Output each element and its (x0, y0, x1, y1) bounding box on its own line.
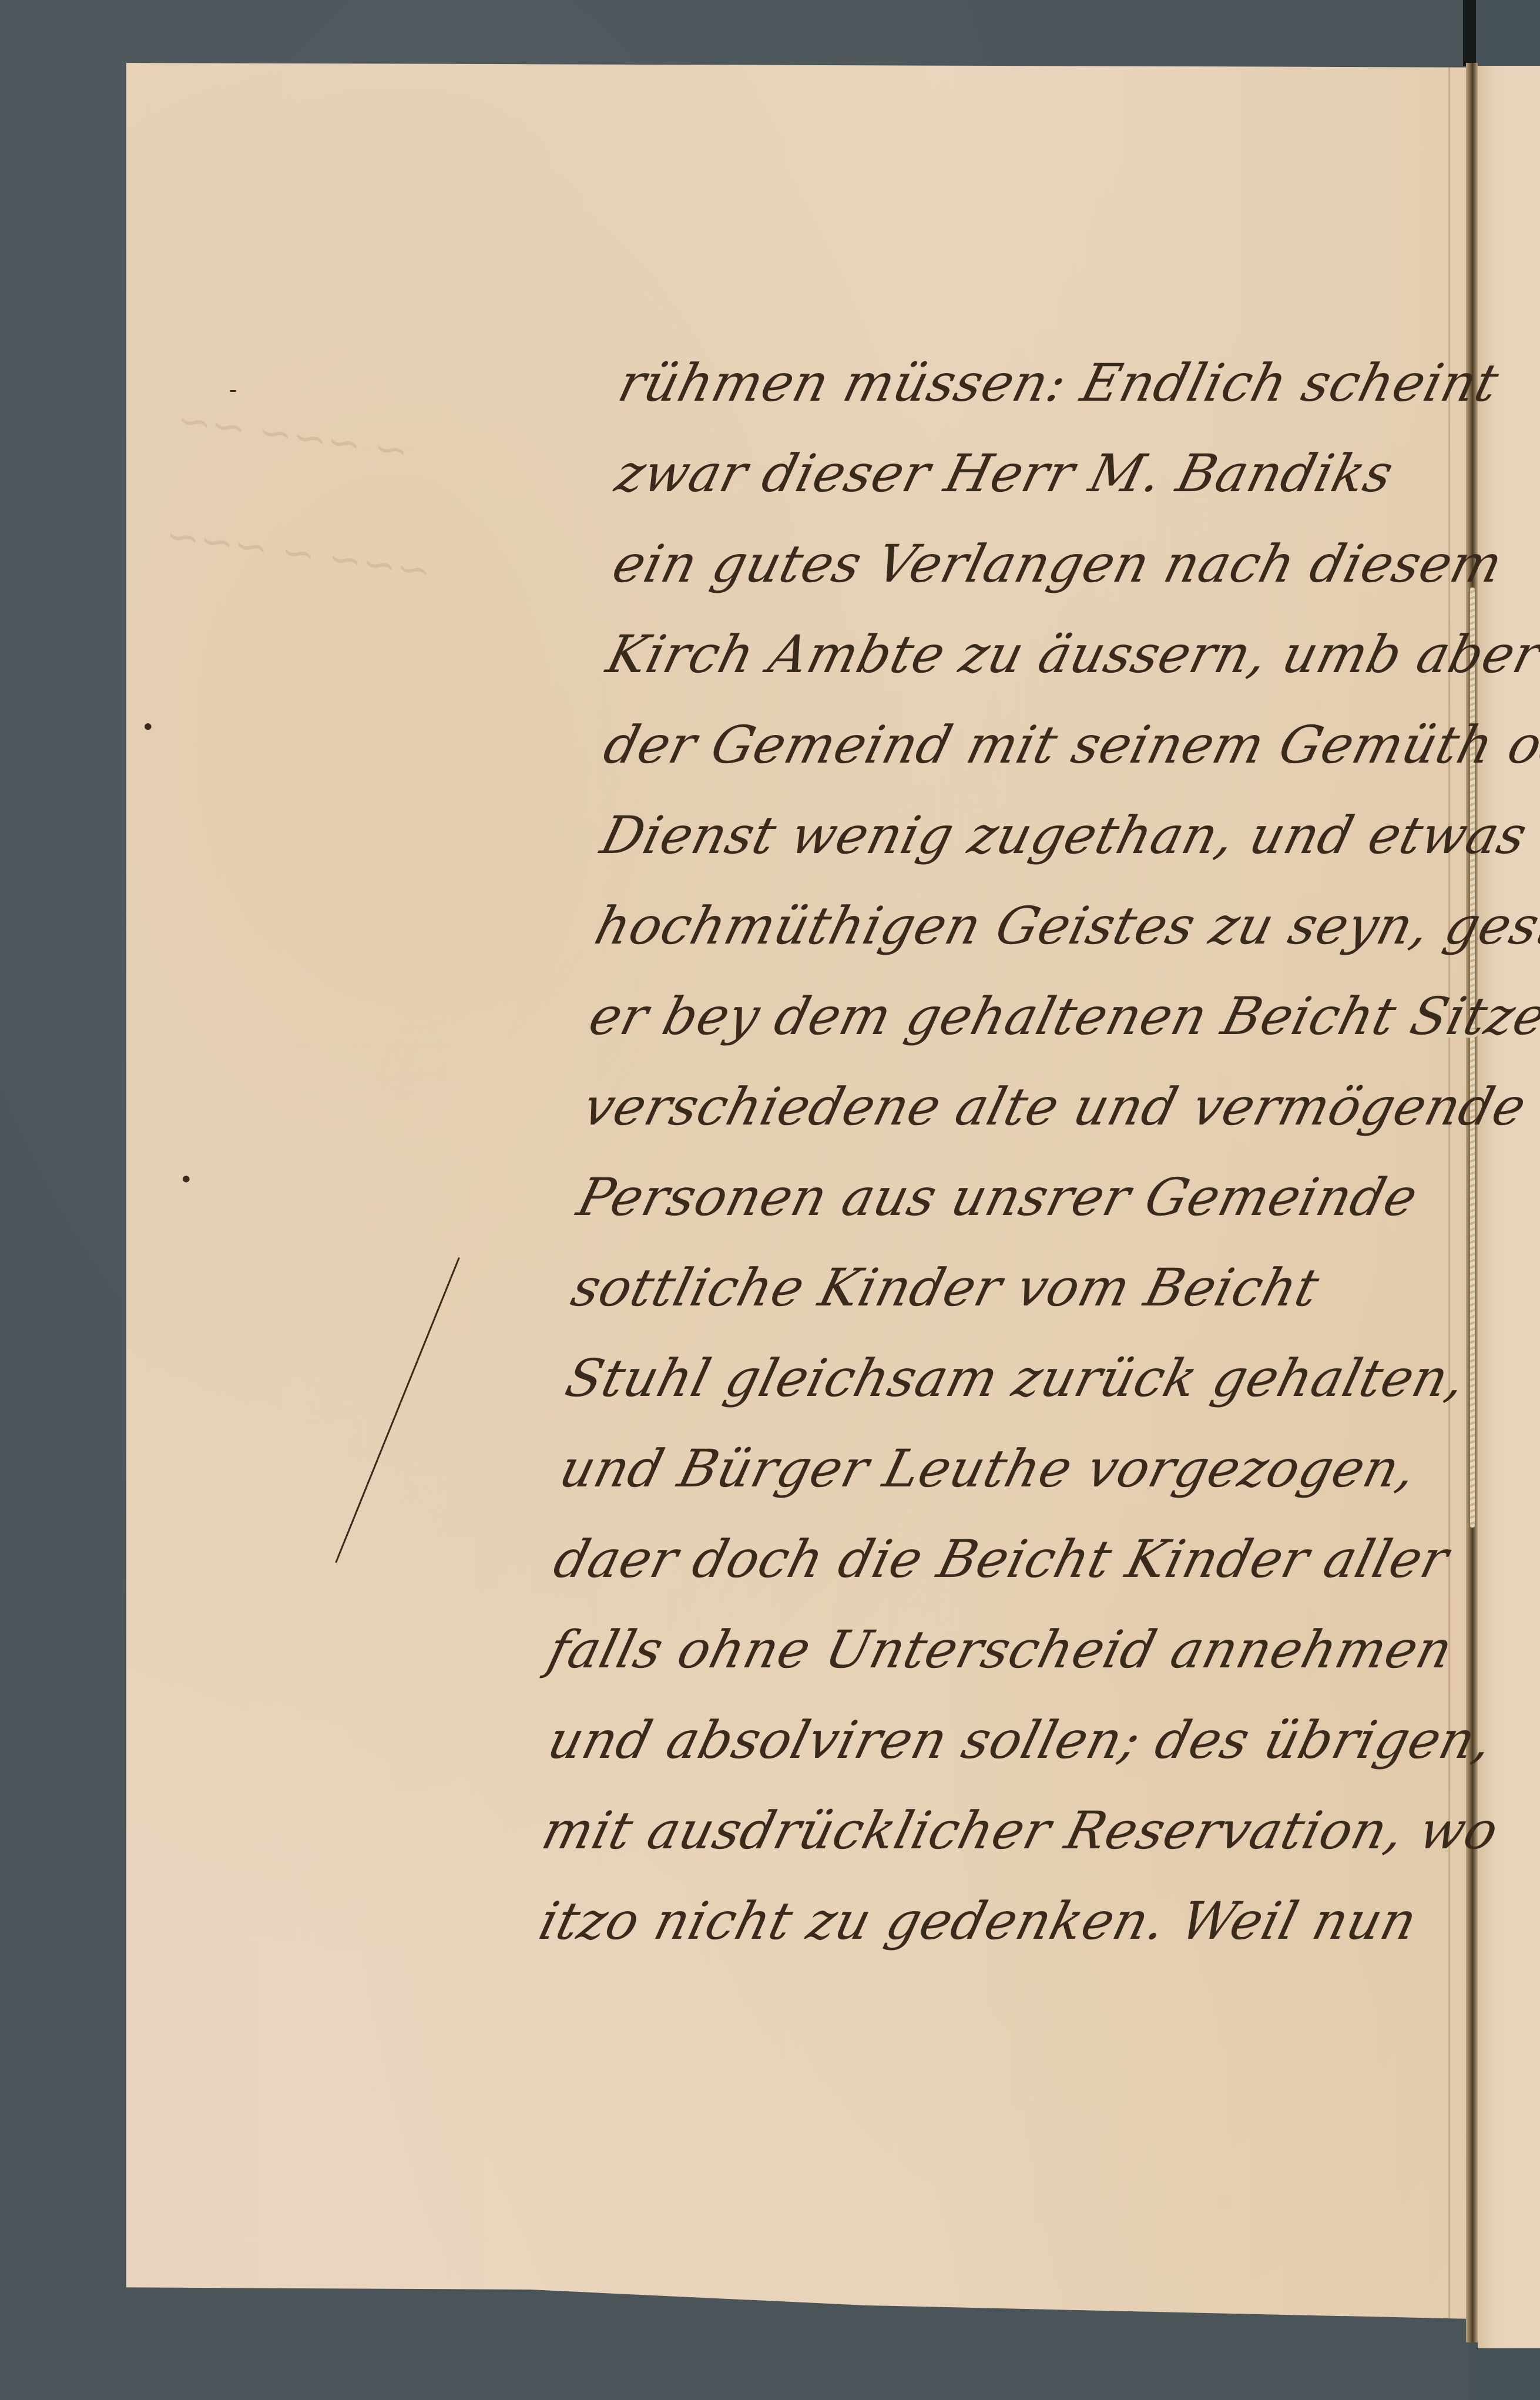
text-line: und Bürger Leuthe vorgezogen, (546, 1438, 1423, 1529)
margin-mark: - (229, 376, 237, 403)
text-line: mit ausdrücklicher Reservation, wo (529, 1800, 1505, 1891)
text-line: verschiedene alte und vermögende (570, 1076, 1532, 1167)
text-line: daer doch die Beicht Kinder aller (541, 1529, 1455, 1619)
margin-mark: • (179, 1166, 193, 1193)
spine-shadow (1463, 0, 1476, 66)
text-line: er bey dem gehaltenen Beicht Sitzen (576, 986, 1540, 1076)
text-line: zwar dieser Herr M. Bandiks (602, 443, 1400, 533)
text-line: der Gemeind mit seinem Gemüth oder (590, 714, 1540, 805)
text-line: Personen aus unsrer Gemeinde (564, 1167, 1424, 1257)
text-line: Stuhl gleichsam zurück gehalten, (552, 1348, 1472, 1438)
text-line: Kirch Ambte zu äussern, umb aber (593, 624, 1540, 714)
margin-mark: • (141, 714, 155, 741)
text-line: Dienst wenig zugethan, und etwas (588, 805, 1534, 895)
text-line: sottliche Kinder vom Beicht (558, 1257, 1326, 1348)
text-line: falls ohne Unterscheid annehmen (535, 1619, 1459, 1710)
text-line: ein gutes Verlangen nach diesem (599, 533, 1509, 624)
text-line: und absolviren sollen; des übrigen, (535, 1710, 1499, 1800)
text-line: hochmüthigen Geistes zu seyn, gestalt (582, 895, 1540, 986)
text-line: rühmen müssen: Endlich scheint (605, 353, 1505, 443)
text-line: itzo nicht zu gedenken. Weil nun (526, 1891, 1424, 1981)
